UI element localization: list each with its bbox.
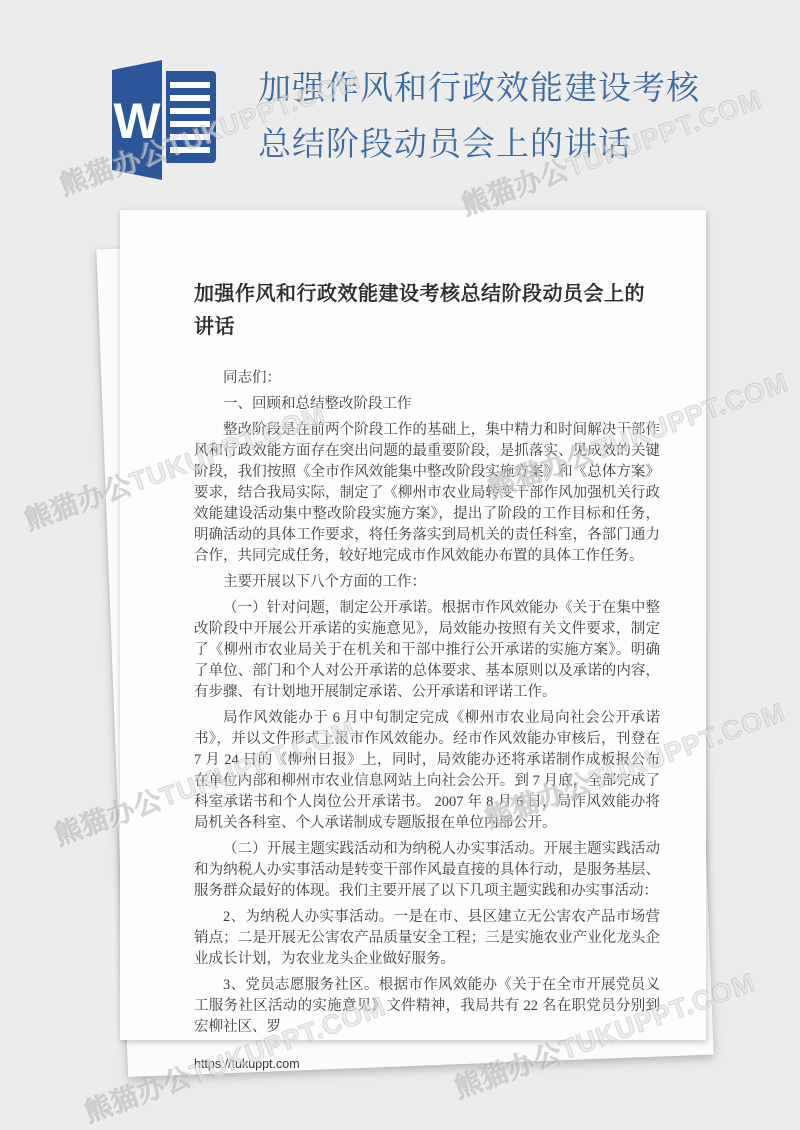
footer-link[interactable]: https://tukuppt.com bbox=[194, 1057, 300, 1071]
paragraph-body: 2、为纳税人办实事活动。一是在市、县区建立无公害农产品市场营销点；二是开展无公害… bbox=[194, 907, 660, 970]
paragraph-body: 局作风效能办于 6 月中旬制定完成《柳州市农业局向社会公开承诺书》，并以文件形式… bbox=[194, 708, 660, 834]
document-title: 加强作风和行政效能建设考核总结阶段动员会上的讲话 bbox=[194, 278, 660, 344]
header-title: 加强作风和行政效能建设考核 总结阶段动员会上的讲话 bbox=[258, 60, 778, 172]
header: W 加强作风和行政效能建设考核 总结阶段动员会上的讲话 bbox=[0, 0, 800, 200]
word-icon: W bbox=[104, 54, 224, 186]
paragraph-section-heading: 一、回顾和总结整改阶段工作 bbox=[194, 394, 660, 415]
header-title-line2: 总结阶段动员会上的讲话 bbox=[258, 116, 778, 172]
header-title-line1: 加强作风和行政效能建设考核 bbox=[258, 60, 778, 116]
paragraph-body: （二）开展主题实践活动和为纳税人办实事活动。开展主题实践活动和为纳税人办实事活动… bbox=[194, 839, 660, 902]
paragraph-body: （一）针对问题，制定公开承诺。根据市作风效能办《关于在集中整改阶段中开展公开承诺… bbox=[194, 598, 660, 703]
paragraph-salutation: 同志们： bbox=[194, 368, 660, 389]
paragraph-body: 3、党员志愿服务社区。根据市作风效能办《关于在全市开展党员义工服务社区活动的实施… bbox=[194, 975, 660, 1038]
page-canvas: W 加强作风和行政效能建设考核 总结阶段动员会上的讲话 加强作风和行政效能建设考… bbox=[0, 0, 800, 1130]
paragraph-body: 整改阶段是在前两个阶段工作的基础上，集中精力和时间解决干部作风和行政效能方面存在… bbox=[194, 420, 660, 567]
svg-text:W: W bbox=[113, 93, 161, 149]
document-page: 加强作风和行政效能建设考核总结阶段动员会上的讲话 同志们： 一、回顾和总结整改阶… bbox=[120, 210, 706, 1040]
paragraph-body: 主要开展以下八个方面的工作： bbox=[194, 572, 660, 593]
document-body: 同志们： 一、回顾和总结整改阶段工作 整改阶段是在前两个阶段工作的基础上，集中精… bbox=[194, 368, 660, 1038]
